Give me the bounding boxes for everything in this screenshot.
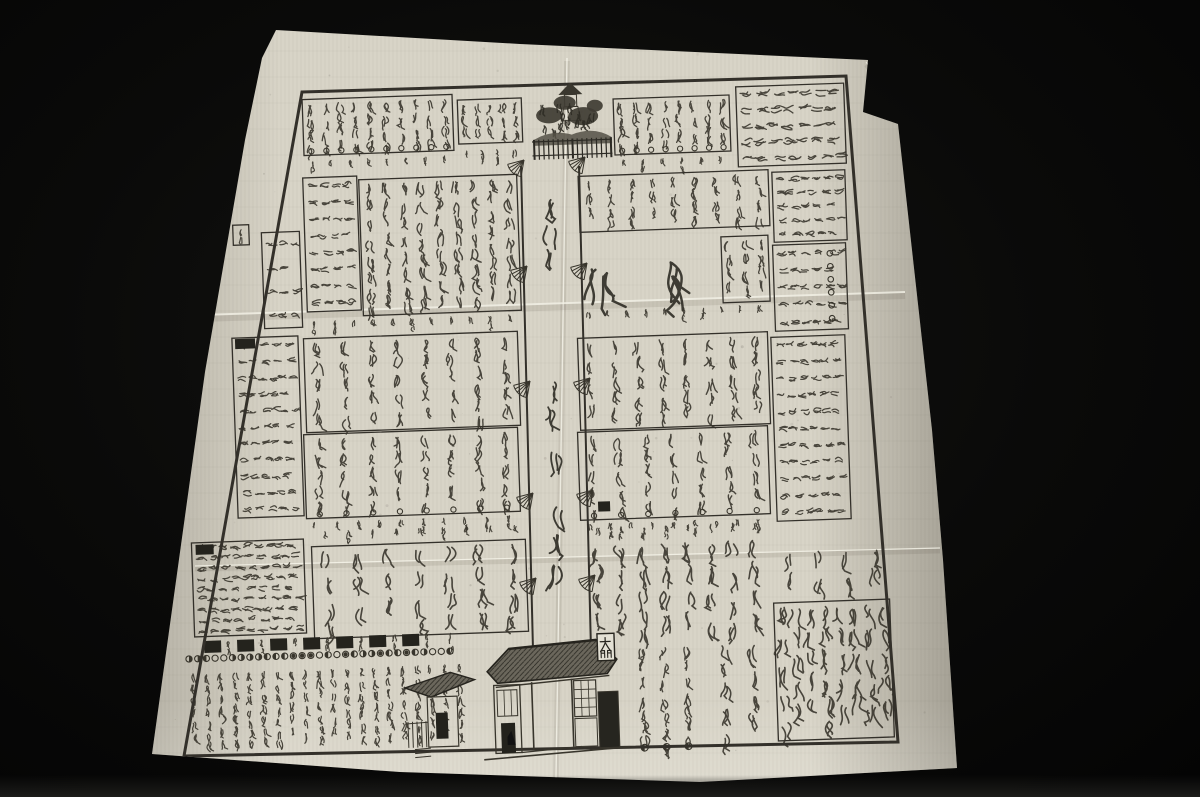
saiken-document-photo: [0, 0, 1200, 797]
gate-label-omon: [597, 633, 615, 661]
photo-background: [0, 0, 1200, 797]
